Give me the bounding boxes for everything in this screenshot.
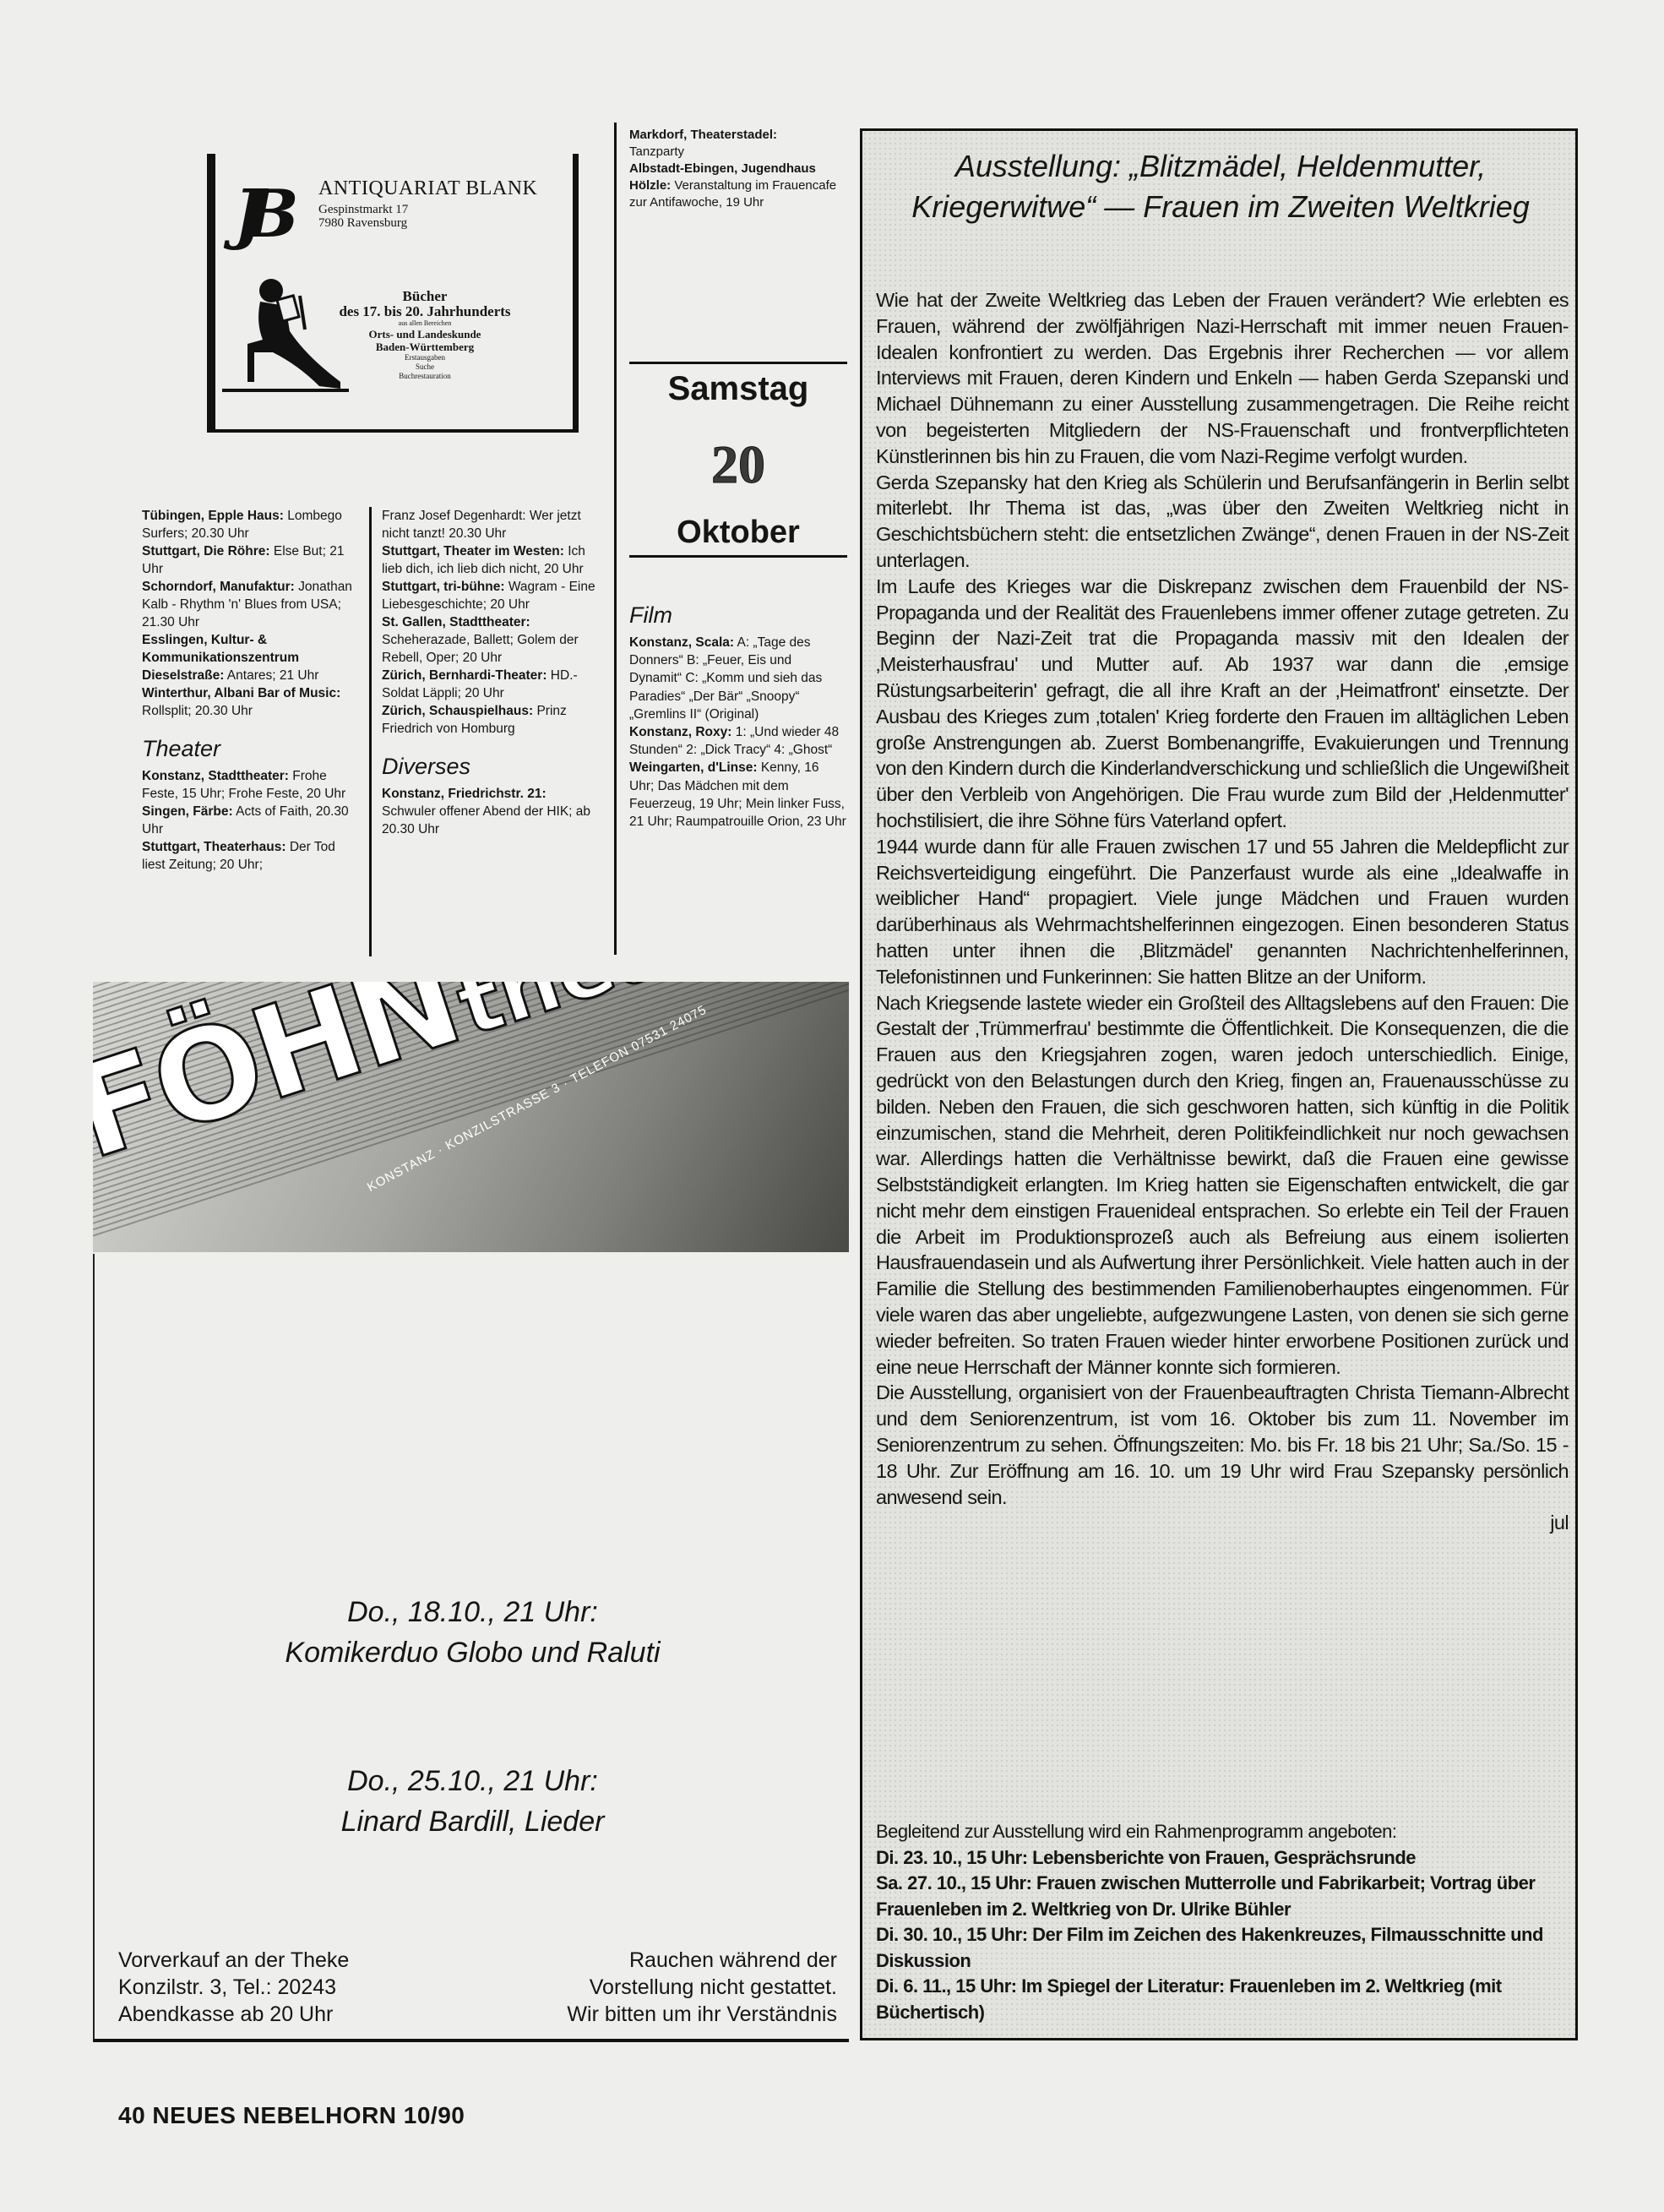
listing-venue: Konstanz, Friedrichstr. 21:: [382, 787, 547, 801]
ad-offer: Bücher des 17. bis 20. Jahrhunderts aus …: [315, 289, 535, 381]
article-body: Wie hat der Zweite Weltkrieg das Leben d…: [876, 287, 1569, 1536]
offer-line: Suche: [315, 362, 535, 372]
listing-entry: Franz Josef Degenhardt: Wer jetzt nicht …: [382, 507, 601, 542]
presale-info: Vorverkauf an der Theke Konzilstr. 3, Te…: [118, 1947, 349, 2028]
listing-venue: Winterthur, Albani Bar of Music:: [142, 686, 340, 700]
exhibition-article: Ausstellung: „Blitzmädel, Heldenmutter, …: [860, 128, 1578, 2040]
no-smoking-notice: Rauchen während der Vorstellung nicht ge…: [567, 1947, 837, 2028]
listing-venue: Stuttgart, Theater im Westen:: [382, 544, 564, 558]
listing-entry: Tübingen, Epple Haus: Lombego Surfers; 2…: [142, 507, 357, 542]
author-signature: jul: [876, 1510, 1569, 1536]
weekday: Samstag: [629, 368, 847, 410]
listing-entry: Esslingen, Kultur- & Kommunikationszentr…: [142, 631, 357, 684]
notice-line: Vorstellung nicht gestattet.: [567, 1974, 837, 2001]
article-paragraph: 1944 wurde dann für alle Frauen zwischen…: [876, 834, 1569, 990]
listing-text: Rollsplit; 20.30 Uhr: [142, 704, 253, 718]
listing-venue: St. Gallen, Stadttheater:: [382, 615, 530, 629]
listing-text: Schwuler offener Abend der HIK; ab 20.30…: [382, 804, 590, 836]
listing-entry: Zürich, Bernhardi-Theater: HD.-Soldat Lä…: [382, 667, 601, 702]
listing-entry: Konstanz, Scala: A: „Tage des Donners“ B…: [629, 634, 847, 723]
listing-text: Antares; 21 Uhr: [224, 668, 318, 683]
show-date: Do., 25.10., 21 Uhr:: [95, 1761, 851, 1801]
antiquariat-blank-ad: JB ANTIQUARIAT BLANK Gespinstmarkt 17 79…: [207, 154, 579, 433]
program-item: Di. 30. 10., 15 Uhr: Der Film im Zeichen…: [876, 1922, 1569, 1974]
listing-entry: Stuttgart, tri-bühne: Wagram - Eine Lieb…: [382, 578, 601, 613]
program-item: Sa. 27. 10., 15 Uhr: Frauen zwischen Mut…: [876, 1871, 1569, 1922]
listing-entry: Albstadt-Ebingen, Jugendhaus Hölzle: Ver…: [629, 161, 847, 211]
section-heading-diverses: Diverses: [382, 753, 601, 780]
listing-venue: Tübingen, Epple Haus:: [142, 509, 284, 523]
ad-address: Gespinstmarkt 17 7980 Ravensburg: [318, 203, 408, 230]
date-header: Samstag 20 Oktober: [629, 362, 847, 558]
theater-ad-body: Do., 18.10., 21 Uhr: Komikerduo Globo un…: [93, 1254, 849, 2042]
listing-venue: Schorndorf, Manufaktur:: [142, 580, 295, 594]
listing-venue: Konstanz, Roxy:: [629, 725, 731, 739]
program-item: Di. 6. 11., 15 Uhr: Im Spiegel der Liter…: [876, 1974, 1569, 2025]
notice-line: Rauchen während der: [567, 1947, 837, 1974]
listing-venue: Stuttgart, Theaterhaus:: [142, 840, 286, 854]
listing-entry: Schorndorf, Manufaktur: Jonathan Kalb - …: [142, 578, 357, 631]
ad-brand-name: ANTIQUARIAT BLANK: [318, 177, 537, 200]
article-paragraph: Die Ausstellung, organisiert von der Fra…: [876, 1380, 1569, 1510]
day-number: 20: [629, 435, 847, 494]
listing-venue: Singen, Färbe:: [142, 804, 233, 819]
column-divider: [614, 123, 617, 955]
divider: [629, 362, 847, 364]
article-paragraph: Gerda Szepansky hat den Krieg als Schüle…: [876, 470, 1569, 574]
listing-entry: Konstanz, Friedrichstr. 21: Schwuler off…: [382, 785, 601, 838]
film-listings: Film Konstanz, Scala: A: „Tage des Donne…: [629, 602, 847, 831]
presale-line: Konzilstr. 3, Tel.: 20243: [118, 1974, 349, 2001]
listing-entry: Weingarten, d'Linse: Kenny, 16 Uhr; Das …: [629, 759, 847, 831]
show-listing: Do., 18.10., 21 Uhr: Komikerduo Globo un…: [95, 1592, 851, 1673]
listing-text: Scheherazade, Ballett; Golem der Rebell,…: [382, 633, 579, 665]
presale-line: Abendkasse ab 20 Uhr: [118, 2001, 349, 2028]
offer-line: aus allen Bereichen: [315, 319, 535, 328]
section-heading-film: Film: [629, 602, 847, 629]
show-date: Do., 18.10., 21 Uhr:: [95, 1592, 851, 1632]
listing-venue: Weingarten, d'Linse:: [629, 760, 758, 775]
page-footer: 40 NEUES NEBELHORN 10/90: [118, 2102, 465, 2129]
show-title: Komikerduo Globo und Raluti: [95, 1632, 851, 1673]
address-city: 7980 Ravensburg: [318, 216, 408, 230]
listing-venue: Stuttgart, Die Röhre:: [142, 544, 270, 558]
listing-venue: Zürich, Schauspielhaus:: [382, 704, 533, 718]
notice-line: Wir bitten um ihr Verständnis: [567, 2001, 837, 2028]
listing-entry: Konstanz, Roxy: 1: „Und wieder 48 Stunde…: [629, 723, 847, 759]
listing-entry: Markdorf, Theaterstadel: Tanzparty: [629, 127, 847, 161]
program-item: Di. 23. 10., 15 Uhr: Lebensberichte von …: [876, 1845, 1569, 1871]
listing-venue: Zürich, Bernhardi-Theater:: [382, 668, 547, 683]
column-divider: [369, 507, 372, 956]
program-intro: Begleitend zur Ausstellung wird ein Rahm…: [876, 1819, 1569, 1845]
listing-entry: Stuttgart, Theater im Westen: Ich lieb d…: [382, 542, 601, 578]
month: Oktober: [629, 513, 847, 552]
listing-venue: Stuttgart, tri-bühne:: [382, 580, 505, 594]
article-paragraph: Nach Kriegsende lastete wieder ein Großt…: [876, 990, 1569, 1381]
foehn-theater-ad: FÖHNtheater KONSTANZ · KONZILSTRASSE 3 ·…: [93, 982, 849, 2042]
show-listing: Do., 25.10., 21 Uhr: Linard Bardill, Lie…: [95, 1761, 851, 1842]
offer-line: Bücher: [315, 289, 535, 304]
listing-entry: Stuttgart, Theaterhaus: Der Tod liest Ze…: [142, 838, 357, 874]
listing-text: Franz Josef Degenhardt: Wer jetzt nicht …: [382, 509, 581, 541]
section-heading-theater: Theater: [142, 735, 357, 762]
listings-column-2: Franz Josef Degenhardt: Wer jetzt nicht …: [382, 507, 601, 838]
listings-column-1: Tübingen, Epple Haus: Lombego Surfers; 2…: [142, 507, 357, 874]
listing-entry: St. Gallen, Stadttheater: Scheherazade, …: [382, 613, 601, 667]
listing-entry: Zürich, Schauspielhaus: Prinz Friedrich …: [382, 702, 601, 738]
listing-venue: Konstanz, Stadttheater:: [142, 769, 289, 783]
offer-line: Baden-Württemberg: [315, 341, 535, 353]
presale-line: Vorverkauf an der Theke: [118, 1947, 349, 1974]
theater-banner: FÖHNtheater KONSTANZ · KONZILSTRASSE 3 ·…: [93, 982, 849, 1252]
article-title: Ausstellung: „Blitzmädel, Heldenmutter, …: [874, 146, 1567, 227]
listing-entry: Stuttgart, Die Röhre: Else But; 21 Uhr: [142, 542, 357, 578]
article-paragraph: Wie hat der Zweite Weltkrieg das Leben d…: [876, 287, 1569, 470]
offer-line: Buchrestauration: [315, 372, 535, 381]
divider: [629, 555, 847, 558]
listing-venue: Markdorf, Theaterstadel:: [629, 128, 777, 142]
listing-venue: Konstanz, Scala:: [629, 635, 734, 650]
offer-line: des 17. bis 20. Jahrhunderts: [315, 304, 535, 319]
article-paragraph: Im Laufe des Krieges war die Diskrepanz …: [876, 574, 1569, 834]
listing-entry: Singen, Färbe: Acts of Faith, 20.30 Uhr: [142, 803, 357, 838]
listing-entry: Konstanz, Stadttheater: Frohe Feste, 15 …: [142, 767, 357, 803]
listing-entry: Winterthur, Albani Bar of Music: Rollspl…: [142, 684, 357, 720]
show-title: Linard Bardill, Lieder: [95, 1801, 851, 1842]
offer-line: Orts- und Landeskunde: [315, 328, 535, 341]
offer-line: Erstausgaben: [315, 353, 535, 362]
monogram-logo: JB: [234, 181, 310, 248]
accompanying-program: Begleitend zur Ausstellung wird ein Rahm…: [876, 1819, 1569, 2025]
listings-column-3: Markdorf, Theaterstadel: Tanzparty Albst…: [629, 127, 847, 211]
address-street: Gespinstmarkt 17: [318, 203, 408, 216]
listing-text: Tanzparty: [629, 144, 684, 159]
